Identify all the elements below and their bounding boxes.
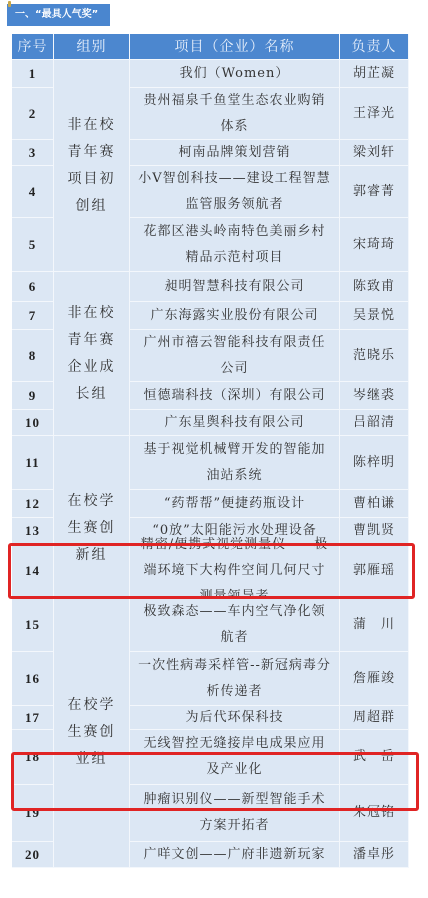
- group-cell-innovation: 在校学 生赛创 新组: [54, 436, 130, 598]
- project-lead: 胡芷凝: [340, 60, 409, 88]
- row-number: 7: [12, 302, 54, 330]
- row-number: 16: [12, 652, 54, 706]
- section-title: 一、“最具人气奖”: [15, 9, 98, 20]
- project-name: 基于视觉机械臂开发的智能加油站系统: [130, 436, 340, 490]
- project-lead: 武 岳: [340, 730, 409, 785]
- group-line: 非在校: [68, 300, 116, 327]
- row-number: 5: [12, 218, 54, 272]
- row-number: 10: [12, 410, 54, 436]
- row-number: 15: [12, 598, 54, 652]
- row-number: 14: [12, 545, 54, 598]
- project-lead: 曹柏谦: [340, 490, 409, 518]
- table-header: 序号 组别 项目（企业）名称 负责人: [12, 34, 409, 60]
- project-lead: 蒲 川: [340, 598, 409, 652]
- project-lead: 吴景悦: [340, 302, 409, 330]
- project-lead: 梁刘轩: [340, 140, 409, 166]
- project-name: 昶明智慧科技有限公司: [130, 272, 340, 302]
- group-line: 生赛创: [68, 719, 116, 746]
- project-lead: 范晓乐: [340, 330, 409, 382]
- project-lead: 朱冠铭: [340, 785, 409, 842]
- project-name: “药帮帮”便捷药瓶设计: [130, 490, 340, 518]
- group-cell-growth: 非在校 青年赛 企业成 长组: [54, 272, 130, 436]
- pin-icon: [8, 1, 11, 7]
- group-line: 非在校: [68, 112, 116, 139]
- row-number: 8: [12, 330, 54, 382]
- project-lead: 吕韶清: [340, 410, 409, 436]
- header-project: 项目（企业）名称: [130, 34, 340, 60]
- row-number: 3: [12, 140, 54, 166]
- project-name: 无线智控无缝接岸电成果应用及产业化: [130, 730, 340, 785]
- project-lead: 潘卓彤: [340, 842, 409, 868]
- project-name: 花都区港头岭南特色美丽乡村精品示范村项目: [130, 218, 340, 272]
- project-name: 广东海露实业股份有限公司: [130, 302, 340, 330]
- group-line: 长组: [76, 381, 108, 408]
- row-number: 12: [12, 490, 54, 518]
- project-name: 广咩文创——广府非遗新玩家: [130, 842, 340, 868]
- group-cell-startup: 非在校 青年赛 项目初 创组: [54, 60, 130, 272]
- group-line: 企业成: [68, 354, 116, 381]
- row-number: 1: [12, 60, 54, 88]
- group-line: 在校学: [68, 488, 116, 515]
- header-group: 组别: [54, 34, 130, 60]
- header-lead: 负责人: [340, 34, 409, 60]
- project-lead: 陈致甫: [340, 272, 409, 302]
- row-number: 2: [12, 88, 54, 140]
- row-number: 20: [12, 842, 54, 868]
- row-number: 19: [12, 785, 54, 842]
- project-name: 为后代环保科技: [130, 706, 340, 730]
- project-lead: 宋琦琦: [340, 218, 409, 272]
- row-number: 13: [12, 518, 54, 545]
- project-name: 柯南品牌策划营销: [130, 140, 340, 166]
- section-title-badge: 一、“最具人气奖”: [7, 4, 110, 26]
- group-line: 青年赛: [68, 139, 116, 166]
- group-line: 生赛创: [68, 515, 116, 542]
- group-line: 青年赛: [68, 327, 116, 354]
- project-name: 我们（Women）: [130, 60, 340, 88]
- row-number: 6: [12, 272, 54, 302]
- row-number: 18: [12, 730, 54, 785]
- project-lead: 郭睿菁: [340, 166, 409, 218]
- row-number: 4: [12, 166, 54, 218]
- project-name: 小V智创科技——建设工程智慧监管服务领航者: [130, 166, 340, 218]
- project-name: 广州市禧云智能科技有限责任公司: [130, 330, 340, 382]
- project-name: 贵州福泉千鱼堂生态农业购销体系: [130, 88, 340, 140]
- group-line: 项目初: [68, 166, 116, 193]
- row-number: 17: [12, 706, 54, 730]
- group-line: 新组: [76, 542, 108, 569]
- project-name: 肿瘤识别仪——新型智能手术方案开拓者: [130, 785, 340, 842]
- project-lead: 曹凯贤: [340, 518, 409, 545]
- project-name: 一次性病毒采样管--新冠病毒分析传递者: [130, 652, 340, 706]
- project-lead: 詹雁竣: [340, 652, 409, 706]
- project-lead: 周超群: [340, 706, 409, 730]
- group-line: 创组: [76, 193, 108, 220]
- row-number: 9: [12, 382, 54, 410]
- project-lead: 岑继裘: [340, 382, 409, 410]
- project-lead: 王泽光: [340, 88, 409, 140]
- project-name: 恒德瑞科技（深圳）有限公司: [130, 382, 340, 410]
- row-number: 11: [12, 436, 54, 490]
- project-lead: 郭雁瑶: [340, 545, 409, 598]
- group-cell-entrepreneurship: 在校学 生赛创 业组: [54, 598, 130, 868]
- header-no: 序号: [12, 34, 54, 60]
- project-lead: 陈梓明: [340, 436, 409, 490]
- project-name: 精密/便携式视觉测量仪——极端环境下大构件空间几何尺寸测量领导者: [130, 545, 340, 598]
- group-line: 在校学: [68, 692, 116, 719]
- group-line: 业组: [76, 746, 108, 773]
- project-name: 广东星舆科技有限公司: [130, 410, 340, 436]
- project-name: 极致森态——车内空气净化领航者: [130, 598, 340, 652]
